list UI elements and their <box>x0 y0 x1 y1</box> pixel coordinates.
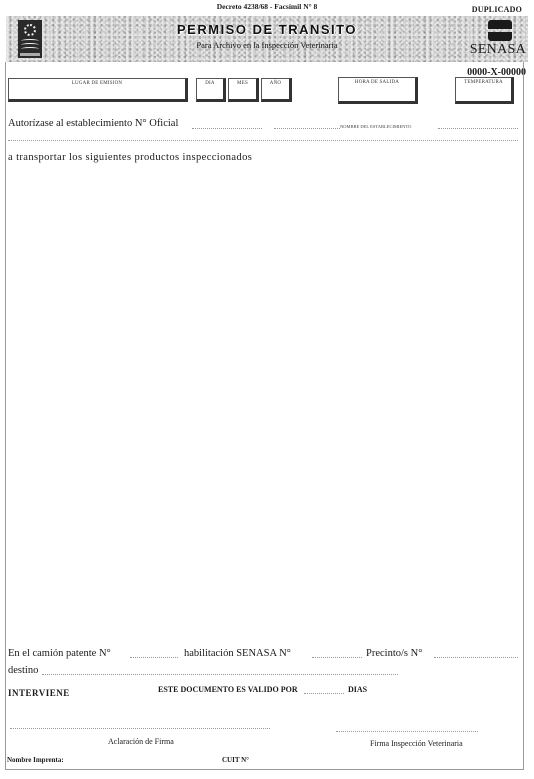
nombre-establecimiento-label: NOMBRE DEL ESTABLECIMIENTO <box>340 124 411 129</box>
destino-field[interactable] <box>42 674 398 675</box>
hora-salida-field[interactable]: HORA DE SALIDA <box>338 77 418 104</box>
validez-prefix: ESTE DOCUMENTO ES VALIDO POR <box>158 685 298 694</box>
interviene-label: INTERVIENE <box>8 688 70 698</box>
establecimiento-numero-field[interactable] <box>192 128 262 129</box>
habilitacion-label: habilitación SENASA N° <box>184 648 291 659</box>
anio-field[interactable]: AÑO <box>261 78 292 102</box>
establecimiento-nombre-field-left[interactable] <box>274 128 340 129</box>
senasa-brand: SENASA <box>470 42 526 58</box>
establecimiento-nombre-field-right[interactable] <box>438 128 518 129</box>
firma-inspeccion-label: Firma Inspección Veterinaria <box>370 739 463 748</box>
mes-label: MES <box>229 81 256 86</box>
dia-field[interactable]: DIA <box>196 78 226 102</box>
document-subtitle: Para Archivo en la Inspección Veterinari… <box>0 40 534 50</box>
productos-area[interactable] <box>8 170 518 640</box>
cuit-label: CUIT N° <box>222 756 249 764</box>
aclaracion-firma-label: Aclaración de Firma <box>108 737 174 746</box>
senasa-logo-icon <box>488 20 512 42</box>
nombre-imprenta-label: Nombre Imprenta: <box>7 756 64 764</box>
validez-dias-field[interactable] <box>304 693 344 694</box>
destino-label: destino <box>8 665 38 676</box>
camion-label: En el camión patente N° <box>8 648 111 659</box>
transportar-label: a transportar los siguientes productos i… <box>8 152 252 163</box>
temperatura-label: TEMPERATURA <box>456 80 511 85</box>
establecimiento-continuation-line[interactable] <box>8 140 518 141</box>
validez-suffix: DIAS <box>348 685 367 694</box>
habilitacion-field[interactable] <box>312 657 362 658</box>
decree-reference: Decreto 4238/68 - Facsímil N° 8 <box>0 2 534 11</box>
mes-field[interactable]: MES <box>228 78 259 102</box>
lugar-emision-label: LUGAR DE EMISION <box>9 81 185 86</box>
firma-inspeccion-line[interactable] <box>336 731 478 732</box>
lugar-emision-field[interactable]: LUGAR DE EMISION <box>8 78 188 102</box>
temperatura-field[interactable]: TEMPERATURA <box>455 77 514 104</box>
autorizase-label: Autorízase al establecimiento N° Oficial <box>8 118 178 129</box>
anio-label: AÑO <box>262 81 289 86</box>
dia-label: DIA <box>197 81 223 86</box>
camion-patente-field[interactable] <box>130 657 178 658</box>
document-title: PERMISO DE TRANSITO <box>0 22 534 37</box>
hora-salida-label: HORA DE SALIDA <box>339 80 415 85</box>
aclaracion-firma-line[interactable] <box>10 728 270 729</box>
copy-label: DUPLICADO <box>472 5 522 14</box>
precintos-label: Precinto/s N° <box>366 648 422 659</box>
precintos-field[interactable] <box>434 657 518 658</box>
